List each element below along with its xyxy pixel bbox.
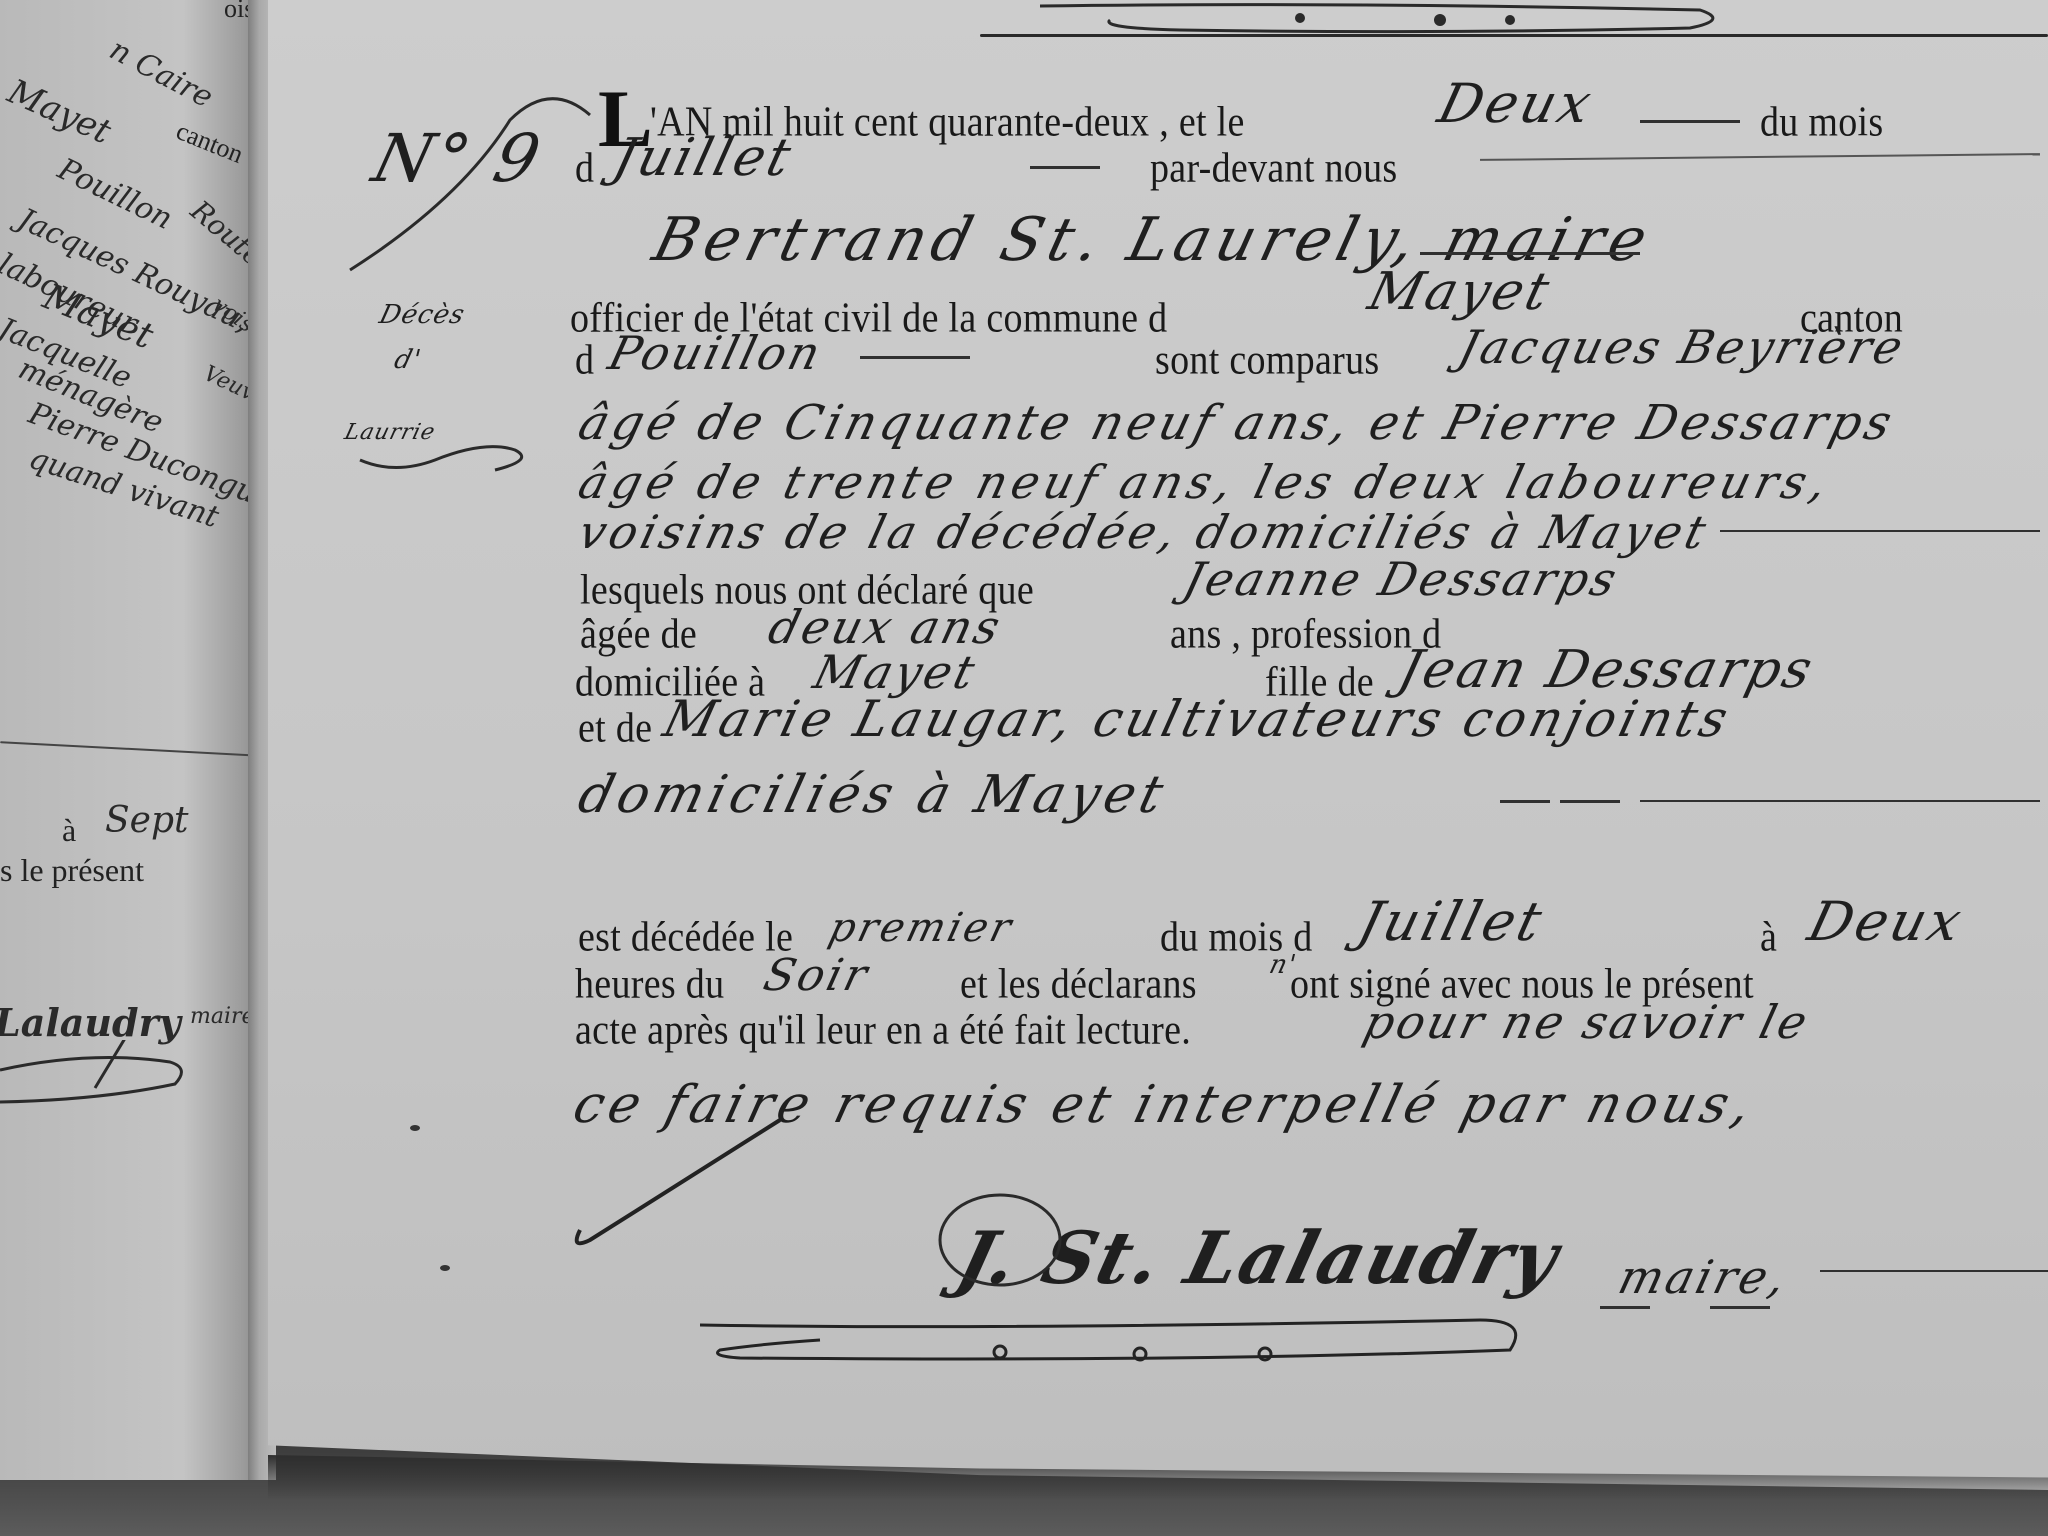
pin-hole [410, 1125, 420, 1131]
margin-note-line: Décès [376, 300, 468, 330]
left-signature: Lalaudry [0, 1000, 181, 1045]
margin-note-flourish [355, 430, 555, 480]
mayor-title: maire, [1613, 1250, 1794, 1304]
left-hand-line: n Caire [104, 32, 219, 115]
hand-death-day: premier [824, 905, 1018, 951]
hand-death-month: Juillet [1352, 890, 1551, 953]
left-divider-rule [0, 741, 262, 757]
blank-dash [1030, 166, 1100, 169]
hand-line: voisins de la décédée, domiciliés à Maye… [573, 505, 1715, 559]
underline-dash [1600, 1306, 1650, 1309]
blank-rule [1720, 530, 2040, 532]
printed-text: et les déclarans [960, 959, 1197, 1008]
hand-canton: Pouillon [603, 326, 828, 380]
hand-line: domiciliés à Mayet [573, 765, 1174, 825]
left-printed-canton: canton [172, 116, 248, 170]
hand-commune: Mayet [1363, 262, 1558, 322]
blank-rule [1820, 1270, 2048, 1272]
hand-line: pour ne savoir le [1358, 995, 1815, 1049]
printed-text: sont comparus [1155, 335, 1379, 384]
printed-text: du mois [1760, 97, 1884, 146]
printed-text: acte après qu'il leur en a été fait lect… [575, 1005, 1191, 1054]
hand-month: Juillet [608, 128, 800, 188]
blank-dash [1640, 120, 1740, 123]
blank-rule [1640, 800, 2040, 802]
hand-witness: Jacques Beyrière [1453, 320, 1911, 374]
left-hand-line: Mayet [2, 72, 117, 153]
hand-line: âgé de Cinquante neuf ans, et Pierre Des… [573, 395, 1901, 451]
left-hour-value: Sept [105, 800, 188, 841]
top-rule [980, 34, 2048, 37]
blank-dash [1420, 252, 1640, 255]
printed-text: par-devant nous [1150, 143, 1398, 192]
printed-text: et de [578, 703, 652, 752]
blank-dash [1500, 800, 1550, 803]
hand-time-of-day: Soir [759, 950, 875, 1001]
left-page: ois n Caire Mayet canton Pouillon Route … [0, 0, 262, 1480]
entry-number-flourish [340, 80, 600, 280]
printed-text: à [1760, 912, 1777, 961]
printed-text: heures du [575, 959, 724, 1008]
signature-loop [920, 1180, 1120, 1320]
hand-death-hour: Deux [1802, 890, 1970, 953]
hand-day: Deux [1432, 72, 1600, 135]
printed-text: d [575, 335, 594, 384]
left-signature-flourish [0, 1040, 200, 1120]
blank-dash [1560, 800, 1620, 803]
printed-text: âgée de [580, 609, 697, 658]
hand-deceased: Jeanne Dessarps [1178, 552, 1624, 606]
hand-mother: Marie Laugar, cultivateurs conjoints [658, 690, 1738, 748]
printed-text: ans , profession d [1170, 609, 1441, 658]
printed-text: est décédée le [578, 912, 793, 961]
underline-dash [1710, 1306, 1770, 1309]
blank-dash [860, 356, 970, 359]
left-printed-a: à [62, 812, 76, 849]
long-stroke-flourish [540, 1080, 920, 1260]
printed-text: d [575, 143, 594, 192]
pin-hole [440, 1265, 450, 1271]
signature-flourish [700, 1300, 1550, 1380]
hand-line: âgé de trente neuf ans, les deux laboure… [573, 455, 1837, 509]
left-printed-le-present: s le présent [0, 852, 144, 889]
